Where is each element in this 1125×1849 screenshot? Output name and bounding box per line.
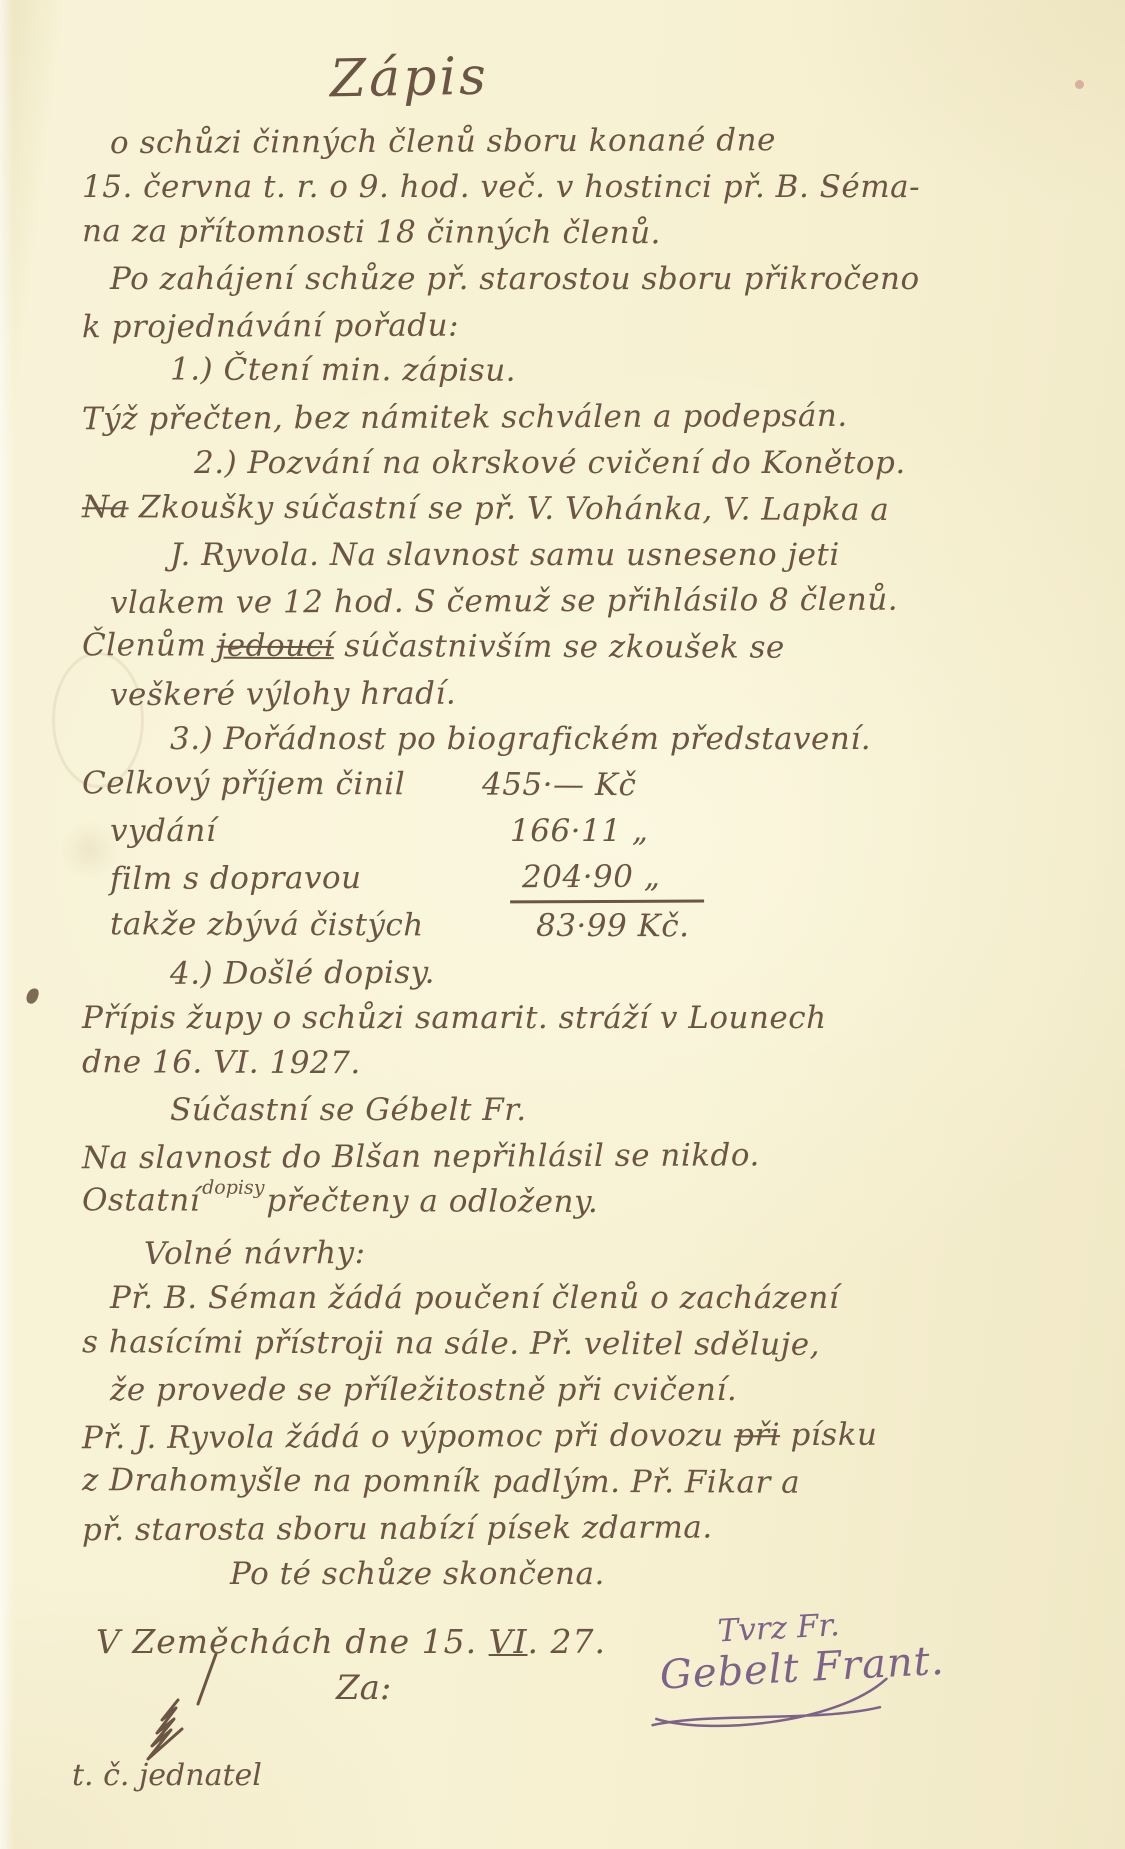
date-text: . 27. — [527, 1622, 605, 1661]
handwritten-line: J. Ryvola. Na slavnost samu usneseno jet… — [82, 532, 1105, 578]
closing-line: Po té schůze skončena. — [82, 1551, 1105, 1597]
finance-label: takže zbývá čistých — [110, 901, 510, 948]
handwritten-line: Ostatnídopisypřečteny a odloženy. — [82, 1177, 1105, 1231]
ink-fleck — [25, 987, 40, 1006]
agenda-item-4-heading: 4.) Došlé dopisy. — [82, 947, 1105, 997]
line-text: Členům — [82, 627, 217, 663]
line-text: súčastnivším se zkoušek se — [334, 628, 785, 666]
handwritten-line: 15. června t. r. o 9. hod. več. v hostin… — [82, 164, 1105, 210]
agenda-item-2-heading: 2.) Pozvání na okrskové cvičení do Konět… — [82, 440, 1105, 486]
handwritten-line: Na Zkoušky súčastní se př. V. Vohánka, V… — [82, 484, 1105, 534]
handwritten-line: vlakem ve 12 hod. S čemuž se přihlásilo … — [82, 576, 1105, 626]
paper-speck — [1075, 80, 1084, 89]
line-text: Př. J. Ryvola žádá o výpomoc při dovozu — [82, 1417, 734, 1456]
handwritten-line: dne 16. VI. 1927. — [82, 1039, 1105, 1089]
manuscript-page: Zápis o schůzi činných členů sboru konan… — [0, 0, 1125, 1849]
finance-row: vydání166·11 „ — [82, 808, 1105, 854]
handwritten-line: Súčastní se Gébelt Fr. — [82, 1087, 1105, 1133]
handwritten-line: veškeré výlohy hradí. — [82, 668, 1105, 718]
finance-label: Celkový příjem činil — [82, 760, 482, 807]
za-label: Za: — [336, 1668, 391, 1708]
handwritten-line: Př. B. Séman žádá poučení členů o zacház… — [82, 1275, 1105, 1321]
struck-word: při — [734, 1417, 780, 1453]
finance-amount: 204·90 „ — [510, 854, 704, 904]
handwritten-line: Týž přečten, bez námitek schválen a pode… — [82, 392, 1105, 442]
signature-block: Tvrz Fr. Gebelt Frant. — [657, 1599, 993, 1743]
secretary-signature-scribble — [120, 1652, 280, 1767]
line-text: písku — [780, 1417, 877, 1453]
handwritten-line: Na slavnost do Blšan nepřihlásil se nikd… — [82, 1131, 1105, 1181]
struck-word: Na — [82, 489, 129, 525]
month-roman-numeral: VI — [489, 1622, 528, 1661]
line-text: Ostatní — [82, 1182, 200, 1218]
finance-amount: 166·11 „ — [510, 808, 680, 854]
handwritten-line: o schůzi činných členů sboru konané dne — [82, 116, 1105, 166]
finance-label: vydání — [110, 808, 510, 854]
finance-amount: 83·99 Kč. — [510, 903, 706, 950]
motions-heading: Volné návrhy: — [82, 1227, 1105, 1277]
handwritten-line: př. starosta sboru nabízí písek zdarma. — [82, 1503, 1105, 1553]
finance-label: film s dopravou — [110, 854, 510, 905]
handwritten-line: Členům jedoucí súčastnivším se zkoušek s… — [82, 622, 1105, 672]
handwritten-line: s hasícími přístroji na sále. Př. velite… — [82, 1319, 1105, 1369]
handwritten-line: k projednávání pořadu: — [82, 300, 1105, 350]
finance-row: Celkový příjem činil455·— Kč — [82, 760, 1105, 810]
minutes-body: o schůzi činných členů sboru konané dne … — [82, 118, 1105, 1597]
finance-row: film s dopravou204·90 „ — [82, 852, 1105, 905]
handwritten-line: na za přítomnosti 18 činných členů. — [82, 208, 1105, 258]
secretary-role-label: t. č. jednatel — [72, 1758, 262, 1793]
page-edge-highlight — [0, 0, 14, 1849]
handwritten-line: že provede se příležitostně při cvičení. — [82, 1367, 1105, 1413]
handwritten-line: Po zahájení schůze př. starostou sboru p… — [82, 256, 1105, 302]
document-title: Zápis — [329, 47, 489, 110]
agenda-item-1-heading: 1.) Čtení min. zápisu. — [82, 346, 1105, 396]
line-text: Zkoušky súčastní se př. V. Vohánka, V. L… — [129, 489, 890, 528]
finance-row: takže zbývá čistých83·99 Kč. — [82, 901, 1105, 951]
handwritten-line: Př. J. Ryvola žádá o výpomoc při dovozu … — [82, 1411, 1105, 1461]
handwritten-line: z Drahomyšle na pomník padlým. Př. Fikar… — [82, 1457, 1105, 1507]
agenda-item-3-heading: 3.) Pořádnost po biografickém představen… — [82, 716, 1105, 762]
inserted-word: dopisy — [202, 1177, 264, 1199]
handwritten-line: Přípis župy o schůzi samarit. stráží v L… — [82, 995, 1105, 1041]
signature-scribble-icon — [120, 1652, 280, 1762]
line-text: přečteny a odloženy. — [266, 1183, 598, 1220]
struck-word: jedoucí — [217, 628, 334, 664]
finance-amount: 455·— Kč — [482, 762, 652, 809]
